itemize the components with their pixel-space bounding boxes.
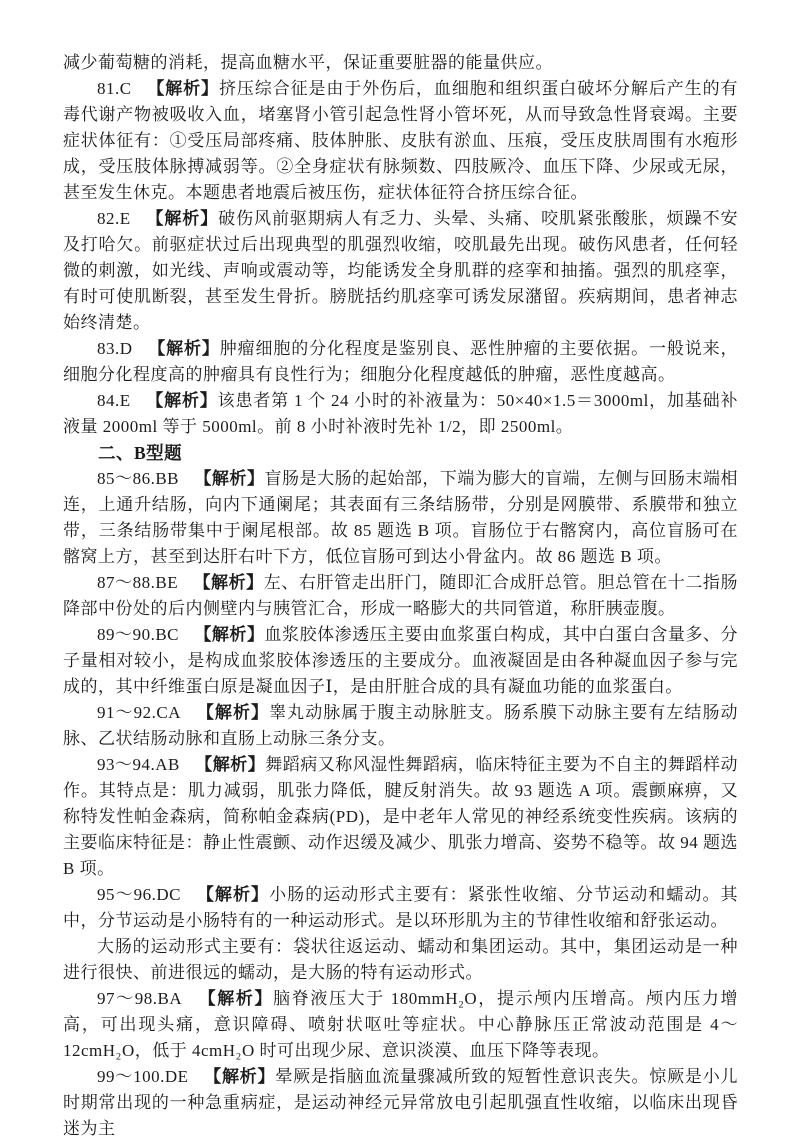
section-heading-b-type: 二、B型题 — [63, 440, 738, 466]
analysis-marker: 【解析】 — [146, 391, 218, 410]
answer-97-98: 97～98.BA【解析】脑脊液压大于 180mmH₂O，提示颅内压增高。颅内压力… — [63, 986, 738, 1064]
answer-number: 93～94.AB — [97, 755, 180, 774]
analysis-marker: 【解析】 — [146, 209, 218, 228]
analysis-marker: 【解析】 — [194, 469, 264, 488]
analysis-marker: 【解析】 — [147, 79, 219, 98]
analysis-marker: 【解析】 — [204, 1067, 276, 1086]
analysis-marker: 【解析】 — [194, 625, 264, 644]
answer-number: 97～98.BA — [97, 989, 182, 1008]
answer-84: 84.E【解析】该患者第 1 个 24 小时的补液量为：50×40×1.5＝30… — [63, 388, 738, 440]
answer-87-88: 87～88.BE【解析】左、右肝管走出肝门，随即汇合成肝总管。胆总管在十二指肠降… — [63, 570, 738, 622]
answer-text: 大肠的运动形式主要有：袋状往返运动、蠕动和集团运动。其中，集团运动是一种进行很快… — [63, 937, 738, 982]
analysis-marker: 【解析】 — [196, 703, 269, 722]
analysis-marker: 【解析】 — [193, 573, 263, 592]
answer-number: 83.D — [97, 339, 133, 358]
answer-text: 减少葡萄糖的消耗，提高血糖水平，保证重要脏器的能量供应。 — [63, 53, 553, 72]
answer-91-92: 91～92.CA【解析】睾丸动脉属于腹主动脉脏支。肠系膜下动脉主要有左结肠动脉、… — [63, 700, 738, 752]
answer-number: 85～86.BB — [97, 469, 179, 488]
answer-82: 82.E【解析】破伤风前驱期病人有乏力、头晕、头痛、咬肌紧张酸胀，烦躁不安及打哈… — [63, 206, 738, 336]
answer-95-96-continued: 大肠的运动形式主要有：袋状往返运动、蠕动和集团运动。其中，集团运动是一种进行很快… — [63, 934, 738, 986]
answer-number: 82.E — [97, 209, 131, 228]
answer-continuation-top: 减少葡萄糖的消耗，提高血糖水平，保证重要脏器的能量供应。 — [63, 50, 738, 76]
answer-number: 99～100.DE — [97, 1067, 189, 1086]
analysis-marker: 【解析】 — [195, 755, 265, 774]
answer-number: 84.E — [97, 391, 131, 410]
analysis-marker: 【解析】 — [196, 885, 269, 904]
answer-89-90: 89～90.BC【解析】血浆胶体渗透压主要由血浆蛋白构成，其中白蛋白含量多、分子… — [63, 622, 738, 700]
answer-number: 81.C — [97, 79, 132, 98]
answer-number: 89～90.BC — [97, 625, 179, 644]
analysis-marker: 【解析】 — [148, 339, 220, 358]
answer-93-94: 93～94.AB【解析】舞蹈病又称风湿性舞蹈病，临床特征主要为不自主的舞蹈样动作… — [63, 752, 738, 882]
answer-95-96: 95～96.DC【解析】小肠的运动形式主要有：紧张性收缩、分节运动和蠕动。其中，… — [63, 882, 738, 934]
answer-99-100: 99～100.DE【解析】晕厥是指脑血流量骤减所致的短暂性意识丧失。惊厥是小儿时… — [63, 1064, 738, 1142]
answer-85-86: 85～86.BB【解析】盲肠是大肠的起始部，下端为膨大的盲端，左侧与回肠末端相连… — [63, 466, 738, 570]
answer-number: 95～96.DC — [97, 885, 181, 904]
analysis-marker: 【解析】 — [197, 989, 273, 1008]
answer-81: 81.C【解析】挤压综合征是由于外伤后，血细胞和组织蛋白破坏分解后产生的有毒代谢… — [63, 76, 738, 206]
answer-83: 83.D【解析】肿瘤细胞的分化程度是鉴别良、恶性肿瘤的主要依据。一般说来，细胞分… — [63, 336, 738, 388]
document-page: 减少葡萄糖的消耗，提高血糖水平，保证重要脏器的能量供应。 81.C【解析】挤压综… — [0, 0, 800, 1145]
answer-number: 87～88.BE — [97, 573, 178, 592]
answer-number: 91～92.CA — [97, 703, 181, 722]
